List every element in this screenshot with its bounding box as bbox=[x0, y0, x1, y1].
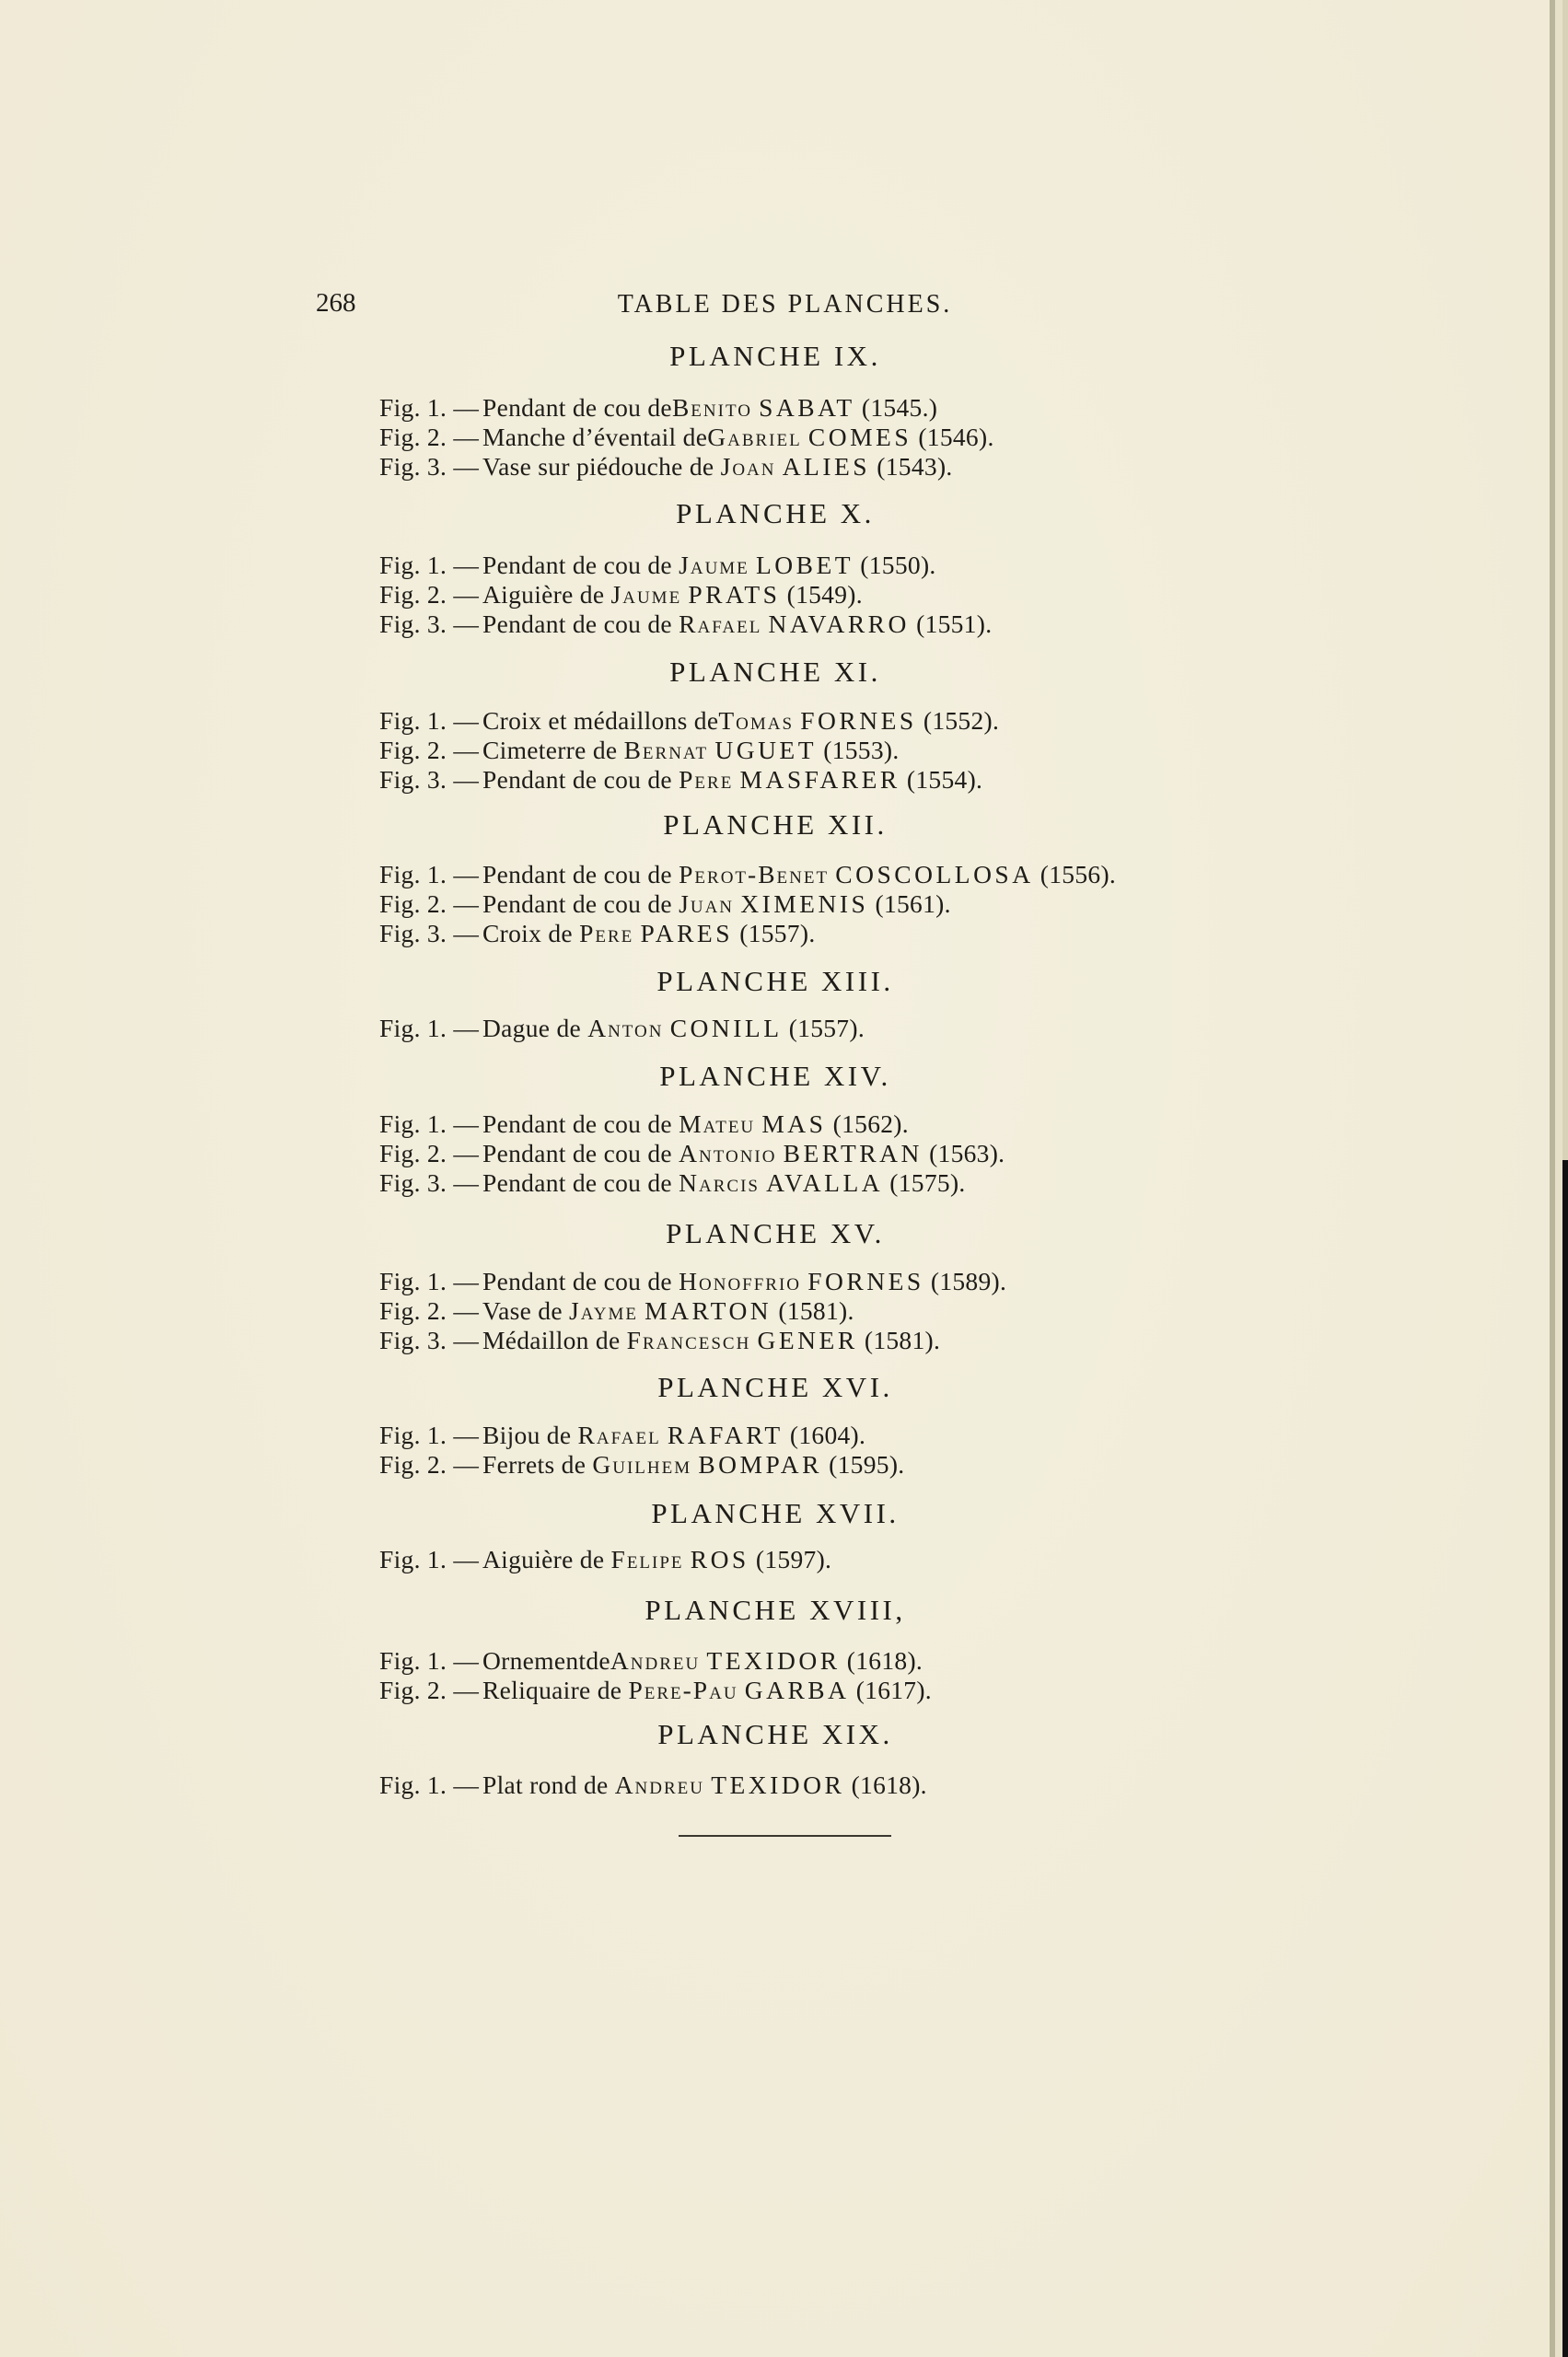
figure-label: Fig. 3. — bbox=[379, 1169, 482, 1197]
figure-description: Pendant de cou de bbox=[482, 1267, 672, 1295]
surname: BERTRAN bbox=[784, 1139, 923, 1167]
figure-description: Pendant de cou de bbox=[482, 1168, 672, 1197]
surname: RAFART bbox=[668, 1421, 784, 1449]
figure-label: Fig. 1. — bbox=[379, 1422, 482, 1449]
figure-description: Ornementde bbox=[482, 1646, 610, 1675]
figure-description: Pendant de cou de bbox=[482, 765, 672, 794]
figure-entry: Fig. 1. —OrnementdeAndreu TEXIDOR (1618)… bbox=[379, 1647, 923, 1675]
given-name: Felipe bbox=[611, 1545, 684, 1573]
figure-label: Fig. 3. — bbox=[379, 766, 482, 794]
figure-label: Fig. 1. — bbox=[379, 1268, 482, 1295]
figure-description: Pendant de cou de bbox=[482, 1109, 672, 1138]
figure-label: Fig. 1. — bbox=[379, 552, 482, 579]
figure-entry: Fig. 1. —Pendant de cou deBenito SABAT (… bbox=[379, 394, 937, 422]
figure-label: Fig. 1. — bbox=[379, 394, 482, 422]
surname: COMES bbox=[808, 423, 912, 451]
figure-description: Pendant de cou de bbox=[482, 551, 672, 579]
figure-entry: Fig. 1. —Plat rond de Andreu TEXIDOR (16… bbox=[379, 1771, 927, 1799]
given-name: Tomas bbox=[718, 706, 794, 735]
figure-description: Pendant de cou de bbox=[482, 860, 672, 888]
figure-entry: Fig. 3. —Pendant de cou de Rafael NAVARR… bbox=[379, 610, 992, 638]
given-name: Joan bbox=[721, 452, 776, 481]
section-heading: PLANCHE XI. bbox=[379, 657, 1171, 687]
surname: FORNES bbox=[800, 706, 916, 735]
figure-description: Manche d’éventail de bbox=[482, 423, 707, 451]
figure-label: Fig. 2. — bbox=[379, 890, 482, 918]
surname: LOBET bbox=[756, 551, 854, 579]
given-name: Andreu bbox=[615, 1771, 704, 1799]
year: (1581). bbox=[778, 1296, 854, 1325]
section-heading: PLANCHE XVIII, bbox=[379, 1596, 1171, 1625]
surname: GENER bbox=[758, 1326, 858, 1354]
surname: BOMPAR bbox=[698, 1450, 822, 1479]
section-heading: PLANCHE X. bbox=[379, 499, 1171, 528]
given-name: Bernat bbox=[624, 736, 709, 764]
given-name: Jayme bbox=[569, 1296, 638, 1325]
given-name: Pere bbox=[579, 919, 633, 947]
figure-entry: Fig. 2. —Cimeterre de Bernat UGUET (1553… bbox=[379, 737, 900, 764]
figure-description: Pendant de cou de bbox=[482, 1139, 672, 1167]
given-name: Rafael bbox=[679, 610, 761, 638]
section-heading: PLANCHE XII. bbox=[379, 810, 1171, 840]
figure-label: Fig. 1. — bbox=[379, 861, 482, 888]
figure-entry: Fig. 2. —Ferrets de Guilhem BOMPAR (1595… bbox=[379, 1451, 904, 1479]
year: (1545.) bbox=[862, 393, 937, 422]
year: (1589). bbox=[931, 1267, 1006, 1295]
figure-label: Fig. 1. — bbox=[379, 1110, 482, 1138]
surname: GARBA bbox=[745, 1676, 850, 1704]
figure-label: Fig. 2. — bbox=[379, 1677, 482, 1704]
year: (1618). bbox=[852, 1771, 927, 1799]
year: (1617). bbox=[856, 1676, 932, 1704]
figure-entry: Fig. 3. —Pendant de cou de Pere MASFARER… bbox=[379, 766, 982, 794]
figure-description: Cimeterre de bbox=[482, 736, 617, 764]
figure-description: Dague de bbox=[482, 1014, 581, 1042]
surname: CONILL bbox=[670, 1014, 783, 1042]
figure-entry: Fig. 2. —Pendant de cou de Juan XIMENIS … bbox=[379, 890, 951, 918]
figure-entry: Fig. 2. —Vase de Jayme MARTON (1581). bbox=[379, 1297, 854, 1325]
surname: MARTON bbox=[645, 1296, 772, 1325]
section-heading: PLANCHE XIV. bbox=[379, 1062, 1171, 1091]
figure-description: Ferrets de bbox=[482, 1450, 586, 1479]
figure-label: Fig. 1. — bbox=[379, 1647, 482, 1675]
figure-entry: Fig. 1. —Croix et médaillons deTomas FOR… bbox=[379, 707, 999, 735]
surname: ALIES bbox=[783, 452, 870, 481]
figure-entry: Fig. 3. —Vase sur piédouche de Joan ALIE… bbox=[379, 453, 953, 481]
year: (1597). bbox=[756, 1545, 831, 1573]
surname: MAS bbox=[761, 1109, 826, 1138]
figure-label: Fig. 1. — bbox=[379, 707, 482, 735]
year: (1551). bbox=[916, 610, 992, 638]
year: (1552). bbox=[923, 706, 999, 735]
end-rule bbox=[679, 1835, 891, 1837]
figure-entry: Fig. 3. —Médaillon de Francesch GENER (1… bbox=[379, 1327, 940, 1354]
year: (1554). bbox=[907, 765, 982, 794]
section-heading: PLANCHE XVI. bbox=[379, 1373, 1171, 1402]
figure-description: Pendant de cou de bbox=[482, 393, 672, 422]
figure-label: Fig. 3. — bbox=[379, 610, 482, 638]
given-name: Jaume bbox=[611, 580, 682, 609]
figure-label: Fig. 1. — bbox=[379, 1771, 482, 1799]
figure-label: Fig. 2. — bbox=[379, 1140, 482, 1167]
given-name: Pere-Pau bbox=[628, 1676, 738, 1704]
given-name: Narcis bbox=[679, 1168, 760, 1197]
given-name: Benito bbox=[672, 393, 752, 422]
given-name: Juan bbox=[679, 889, 734, 918]
given-name: Honoffrio bbox=[679, 1267, 801, 1295]
figure-entry: Fig. 3. —Croix de Pere PARES (1557). bbox=[379, 920, 816, 947]
figure-label: Fig. 1. — bbox=[379, 1546, 482, 1573]
given-name: Gabriel bbox=[707, 423, 801, 451]
figure-description: Aiguière de bbox=[482, 1545, 604, 1573]
running-head: TABLE DES PLANCHES. bbox=[0, 291, 1568, 319]
year: (1563). bbox=[929, 1139, 1005, 1167]
year: (1562). bbox=[833, 1109, 909, 1138]
given-name: Rafael bbox=[578, 1421, 661, 1449]
given-name: Pere bbox=[679, 765, 733, 794]
figure-entry: Fig. 1. —Pendant de cou de Jaume LOBET (… bbox=[379, 552, 936, 579]
surname: ROS bbox=[691, 1545, 749, 1573]
surname: SABAT bbox=[759, 393, 855, 422]
figure-entry: Fig. 2. —Reliquaire de Pere-Pau GARBA (1… bbox=[379, 1677, 932, 1704]
figure-label: Fig. 2. — bbox=[379, 424, 482, 451]
figure-description: Pendant de cou de bbox=[482, 610, 672, 638]
year: (1575). bbox=[889, 1168, 965, 1197]
figure-description: Médaillon de bbox=[482, 1326, 620, 1354]
figure-description: Vase sur piédouche de bbox=[482, 452, 714, 481]
given-name: Guilhem bbox=[592, 1450, 691, 1479]
running-head-text: TABLE DES PLANCHES. bbox=[618, 291, 953, 319]
year: (1556). bbox=[1040, 860, 1116, 888]
given-name: Mateu bbox=[679, 1109, 755, 1138]
figure-entry: Fig. 1. —Dague de Anton CONILL (1557). bbox=[379, 1015, 865, 1042]
section-heading: PLANCHE XIX. bbox=[379, 1720, 1171, 1749]
figure-entry: Fig. 1. —Pendant de cou de Perot-Benet C… bbox=[379, 861, 1116, 888]
given-name: Anton bbox=[587, 1014, 663, 1042]
figure-description: Croix et médaillons de bbox=[482, 706, 718, 735]
surname: XIMENIS bbox=[740, 889, 868, 918]
page-edge bbox=[1555, 0, 1562, 2357]
figure-entry: Fig. 1. —Bijou de Rafael RAFART (1604). bbox=[379, 1422, 865, 1449]
year: (1595). bbox=[829, 1450, 904, 1479]
section-heading: PLANCHE XVII. bbox=[379, 1499, 1171, 1528]
figure-entry: Fig. 1. —Pendant de cou de Mateu MAS (15… bbox=[379, 1110, 909, 1138]
figure-description: Bijou de bbox=[482, 1421, 571, 1449]
year: (1543). bbox=[877, 452, 952, 481]
figure-entry: Fig. 3. —Pendant de cou de Narcis AVALLA… bbox=[379, 1169, 966, 1197]
figure-label: Fig. 3. — bbox=[379, 1327, 482, 1354]
given-name: Antonio bbox=[679, 1139, 776, 1167]
figure-description: Plat rond de bbox=[482, 1771, 609, 1799]
year: (1557). bbox=[789, 1014, 865, 1042]
surname: AVALLA bbox=[766, 1168, 883, 1197]
figure-description: Reliquaire de bbox=[482, 1676, 621, 1704]
figure-label: Fig. 2. — bbox=[379, 737, 482, 764]
year: (1604). bbox=[790, 1421, 865, 1449]
figure-description: Aiguière de bbox=[482, 580, 604, 609]
surname: MASFARER bbox=[740, 765, 900, 794]
year: (1549). bbox=[787, 580, 863, 609]
figure-label: Fig. 2. — bbox=[379, 1451, 482, 1479]
figure-entry: Fig. 2. —Aiguière de Jaume PRATS (1549). bbox=[379, 581, 863, 609]
scan-background bbox=[1562, 1160, 1568, 2357]
given-name: Andreu bbox=[610, 1646, 700, 1675]
figure-label: Fig. 3. — bbox=[379, 453, 482, 481]
surname: COSCOLLOSA bbox=[835, 860, 1033, 888]
year: (1550). bbox=[860, 551, 935, 579]
figure-description: Vase de bbox=[482, 1296, 563, 1325]
year: (1618). bbox=[847, 1646, 923, 1675]
surname: TEXIDOR bbox=[706, 1646, 840, 1675]
section-heading: PLANCHE XIII. bbox=[379, 967, 1171, 996]
surname: TEXIDOR bbox=[711, 1771, 844, 1799]
figure-entry: Fig. 1. —Pendant de cou de Honoffrio FOR… bbox=[379, 1268, 1006, 1295]
figure-label: Fig. 1. — bbox=[379, 1015, 482, 1042]
figure-entry: Fig. 2. —Pendant de cou de Antonio BERTR… bbox=[379, 1140, 1005, 1167]
figure-label: Fig. 3. — bbox=[379, 920, 482, 947]
figure-entry: Fig. 2. —Manche d’éventail deGabriel COM… bbox=[379, 424, 994, 451]
year: (1557). bbox=[739, 919, 815, 947]
figure-entry: Fig. 1. —Aiguière de Felipe ROS (1597). bbox=[379, 1546, 831, 1573]
surname: PARES bbox=[640, 919, 733, 947]
section-heading: PLANCHE IX. bbox=[379, 342, 1171, 371]
figure-label: Fig. 2. — bbox=[379, 1297, 482, 1325]
surname: NAVARRO bbox=[768, 610, 909, 638]
given-name: Francesch bbox=[627, 1326, 751, 1354]
given-name: Perot-Benet bbox=[679, 860, 829, 888]
year: (1546). bbox=[918, 423, 993, 451]
year: (1553). bbox=[823, 736, 899, 764]
surname: UGUET bbox=[714, 736, 817, 764]
surname: FORNES bbox=[807, 1267, 923, 1295]
surname: PRATS bbox=[688, 580, 780, 609]
year: (1581). bbox=[865, 1326, 940, 1354]
figure-description: Croix de bbox=[482, 919, 573, 947]
figure-description: Pendant de cou de bbox=[482, 889, 672, 918]
figure-label: Fig. 2. — bbox=[379, 581, 482, 609]
section-heading: PLANCHE XV. bbox=[379, 1219, 1171, 1248]
given-name: Jaume bbox=[679, 551, 749, 579]
year: (1561). bbox=[875, 889, 950, 918]
